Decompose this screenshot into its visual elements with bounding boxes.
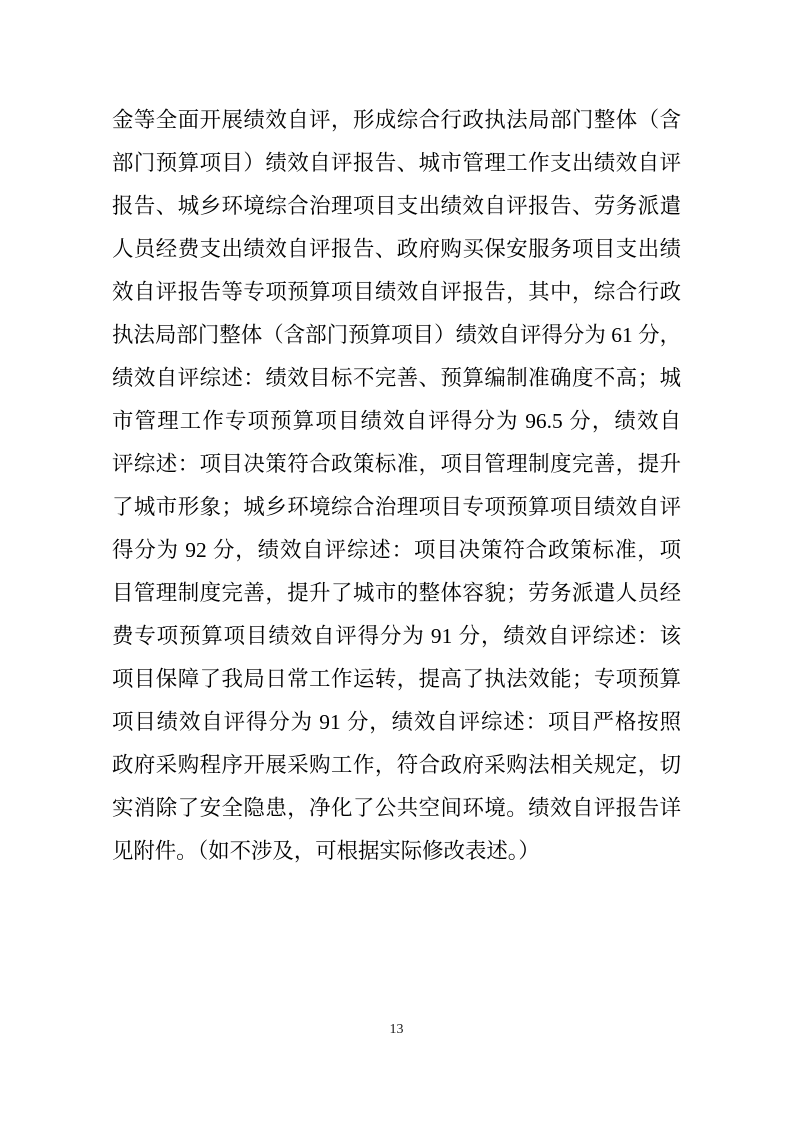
paragraph-line: 部门预算项目）绩效自评报告、城市管理工作支出绩效自评 [112,142,681,185]
paragraph-line: 评综述：项目决策符合政策标准，项目管理制度完善，提升 [112,443,681,486]
document-page: 金等全面开展绩效自评，形成综合行政执法局部门整体（含 部门预算项目）绩效自评报告… [0,0,793,1122]
paragraph-line: 目管理制度完善，提升了城市的整体容貌；劳务派遣人员经 [112,572,681,615]
paragraph-line: 项目保障了我局日常工作运转，提高了执法效能；专项预算 [112,658,681,701]
paragraph-line: 市管理工作专项预算项目绩效自评得分为 96.5 分，绩效自 [112,400,681,443]
paragraph-line: 了城市形象；城乡环境综合治理项目专项预算项目绩效自评 [112,486,681,529]
paragraph-line: 效自评报告等专项预算项目绩效自评报告，其中，综合行政 [112,271,681,314]
body-paragraph: 金等全面开展绩效自评，形成综合行政执法局部门整体（含 部门预算项目）绩效自评报告… [112,99,681,873]
paragraph-line: 金等全面开展绩效自评，形成综合行政执法局部门整体（含 [112,99,681,142]
paragraph-line: 执法局部门整体（含部门预算项目）绩效自评得分为 61 分， [112,314,681,357]
paragraph-line: 项目绩效自评得分为 91 分，绩效自评综述：项目严格按照 [112,701,681,744]
paragraph-line: 实消除了安全隐患，净化了公共空间环境。绩效自评报告详 [112,787,681,830]
paragraph-line: 绩效自评综述：绩效目标不完善、预算编制准确度不高；城 [112,357,681,400]
paragraph-line: 见附件。（如不涉及，可根据实际修改表述。） [112,830,681,873]
paragraph-line: 政府采购程序开展采购工作，符合政府采购法相关规定，切 [112,744,681,787]
paragraph-line: 人员经费支出绩效自评报告、政府购买保安服务项目支出绩 [112,228,681,271]
page-number: 13 [0,1021,793,1039]
paragraph-line: 报告、城乡环境综合治理项目支出绩效自评报告、劳务派遣 [112,185,681,228]
paragraph-line: 得分为 92 分，绩效自评综述：项目决策符合政策标准，项 [112,529,681,572]
paragraph-line: 费专项预算项目绩效自评得分为 91 分，绩效自评综述：该 [112,615,681,658]
